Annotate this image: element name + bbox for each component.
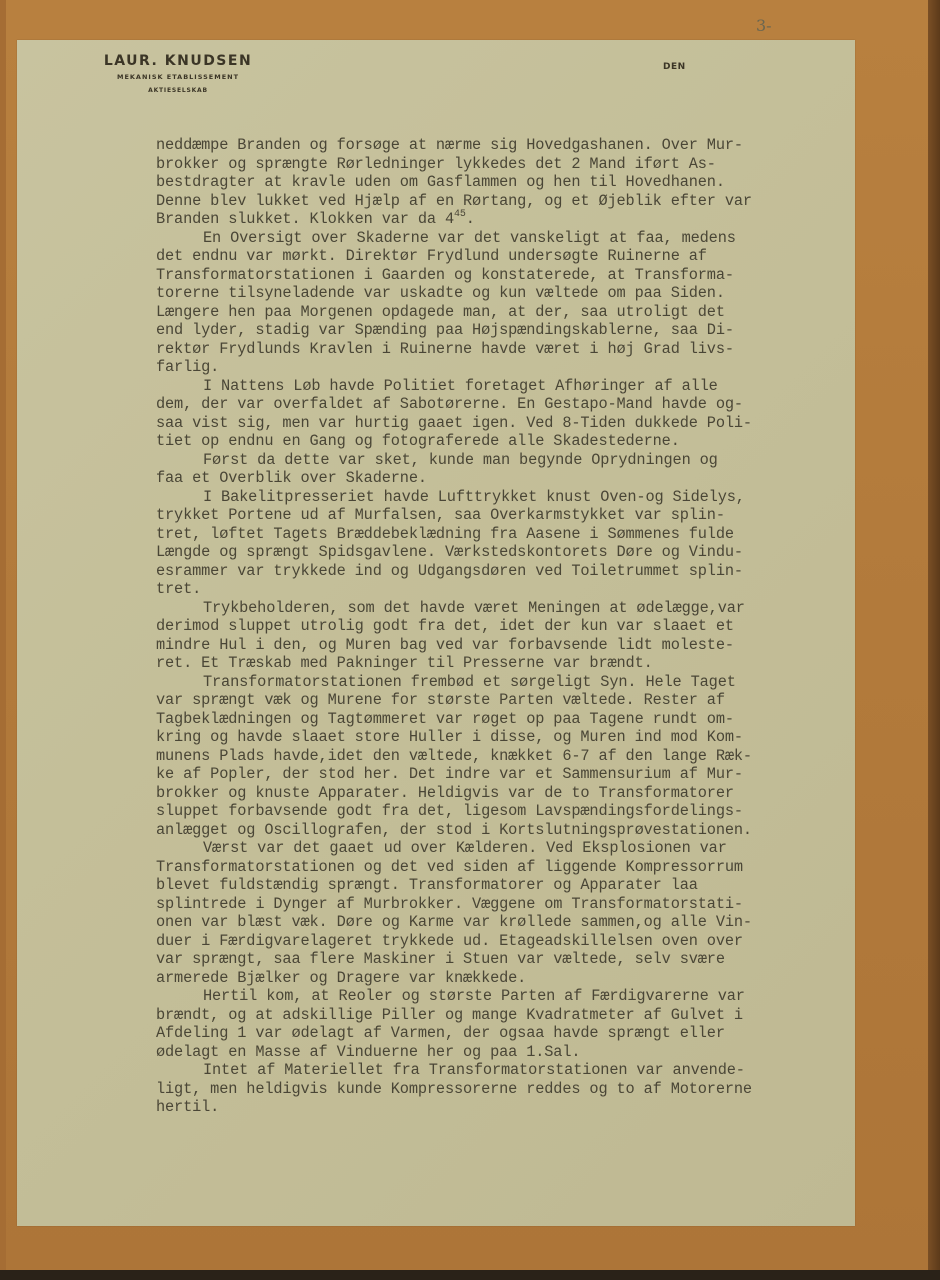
text-fragment: . [466,210,475,228]
text-line: munens Plads havde,idet den væltede, knæ… [156,747,856,766]
company-subtitle: MEKANISK ETABLISSEMENT [83,73,273,81]
text-line: Værst var det gaaet ud over Kælderen. Ve… [156,839,856,858]
text-line: brokker og sprængte Rørledninger lykkede… [156,155,856,174]
text-line: saa vist sig, men var hurtig gaaet igen.… [156,414,856,433]
letterhead: LAUR. KNUDSEN MEKANISK ETABLISSEMENT AKT… [83,53,273,94]
text-line: onen var blæst væk. Døre og Karme var kr… [156,913,856,932]
text-line: ligt, men heldigvis kunde Kompressorerne… [156,1080,856,1099]
text-line: I Nattens Løb havde Politiet foretaget A… [156,377,856,396]
paragraph: I Nattens Løb havde Politiet foretaget A… [156,377,856,451]
text-line: rektør Frydlunds Kravlen i Ruinerne havd… [156,340,856,359]
text-line: Længde og sprængt Spidsgavlene. Værksted… [156,543,856,562]
text-line: Trykbeholderen, som det havde været Meni… [156,599,856,618]
text-line: var sprængt væk og Murene for største Pa… [156,691,856,710]
text-line: tret. [156,580,856,599]
paragraph: En Oversigt over Skaderne var det vanske… [156,229,856,377]
text-line: torerne tilsyneladende var uskadte og ku… [156,284,856,303]
time-superscript: 45 [454,209,466,220]
page-number: 3- [756,16,772,35]
paragraph: Trykbeholderen, som det havde været Meni… [156,599,856,673]
card-edge [0,0,6,1270]
text-line: sluppet forbavsende godt fra det, ligeso… [156,802,856,821]
text-line: kring og havde slaaet store Huller i dis… [156,728,856,747]
text-line: Længere hen paa Morgenen opdagede man, a… [156,303,856,322]
text-line: Denne blev lukket ved Hjælp af en Rørtan… [156,192,856,211]
text-line: Intet af Materiellet fra Transformatorst… [156,1061,856,1080]
text-line: tret, løftet Tagets Bræddebeklædning fra… [156,525,856,544]
text-line: det endnu var mørkt. Direktør Frydlund u… [156,247,856,266]
text-line: splintrede i Dynger af Murbrokker. Vægge… [156,895,856,914]
text-line: ret. Et Træskab med Pakninger til Presse… [156,654,856,673]
text-line: farlig. [156,358,856,377]
text-line: brændt, og at adskillige Piller og mange… [156,1006,856,1025]
binder-spine [928,0,940,1280]
text-line: ødelagt en Masse af Vinduerne her og paa… [156,1043,856,1062]
text-fragment: Branden slukket. Klokken var da 4 [156,210,454,228]
text-line: tiet op endnu en Gang og fotograferede a… [156,432,856,451]
text-line: esrammer var trykkede ind og Udgangsdøre… [156,562,856,581]
paragraph: Først da dette var sket, kunde man begyn… [156,451,856,488]
company-name: LAUR. KNUDSEN [83,53,273,69]
text-line: brokker og knuste Apparater. Heldigvis v… [156,784,856,803]
text-line: En Oversigt over Skaderne var det vanske… [156,229,856,248]
text-line: Hertil kom, at Reoler og største Parten … [156,987,856,1006]
text-line: derimod sluppet utrolig godt fra det, id… [156,617,856,636]
text-line: neddæmpe Branden og forsøge at nærme sig… [156,136,856,155]
text-line: var sprængt, saa flere Maskiner i Stuen … [156,950,856,969]
paragraph: Værst var det gaaet ud over Kælderen. Ve… [156,839,856,987]
bottom-shadow [0,1270,940,1280]
text-line: duer i Færdigvarelageret trykkede ud. Et… [156,932,856,951]
text-line: Først da dette var sket, kunde man begyn… [156,451,856,470]
text-line: blevet fuldstændig sprængt. Transformato… [156,876,856,895]
text-line: Tagbeklædningen og Tagtømmeret var røget… [156,710,856,729]
paragraph: Transformatorstationen frembød et sørgel… [156,673,856,840]
typed-body: neddæmpe Branden og forsøge at nærme sig… [156,136,856,1117]
text-line: Afdeling 1 var ødelagt af Varmen, der og… [156,1024,856,1043]
text-line: mindre Hul i den, og Muren bag ved var f… [156,636,856,655]
text-line: Transformatorstationen og det ved siden … [156,858,856,877]
paragraph: neddæmpe Branden og forsøge at nærme sig… [156,136,856,229]
company-form: AKTIESELSKAB [83,87,273,94]
text-line: faa et Overblik over Skaderne. [156,469,856,488]
text-line: dem, der var overfaldet af Sabotørerne. … [156,395,856,414]
text-line: hertil. [156,1098,856,1117]
text-line: bestdragter at kravle uden om Gasflammen… [156,173,856,192]
text-line: end lyder, stadig var Spænding paa Højsp… [156,321,856,340]
text-line: trykket Portene ud af Murfalsen, saa Ove… [156,506,856,525]
text-line: I Bakelitpresseriet havde Lufttrykket kn… [156,488,856,507]
paragraph: Hertil kom, at Reoler og største Parten … [156,987,856,1061]
text-line: Transformatorstationen i Gaarden og kons… [156,266,856,285]
paragraph: I Bakelitpresseriet havde Lufttrykket kn… [156,488,856,599]
paragraph: Intet af Materiellet fra Transformatorst… [156,1061,856,1117]
text-line: ke af Popler, der stod her. Det indre va… [156,765,856,784]
text-line: armerede Bjælker og Dragere var knækkede… [156,969,856,988]
date-label: DEN [663,62,686,72]
text-line: anlægget og Oscillografen, der stod i Ko… [156,821,856,840]
text-line: Transformatorstationen frembød et sørgel… [156,673,856,692]
text-line: Branden slukket. Klokken var da 445. [156,210,856,229]
